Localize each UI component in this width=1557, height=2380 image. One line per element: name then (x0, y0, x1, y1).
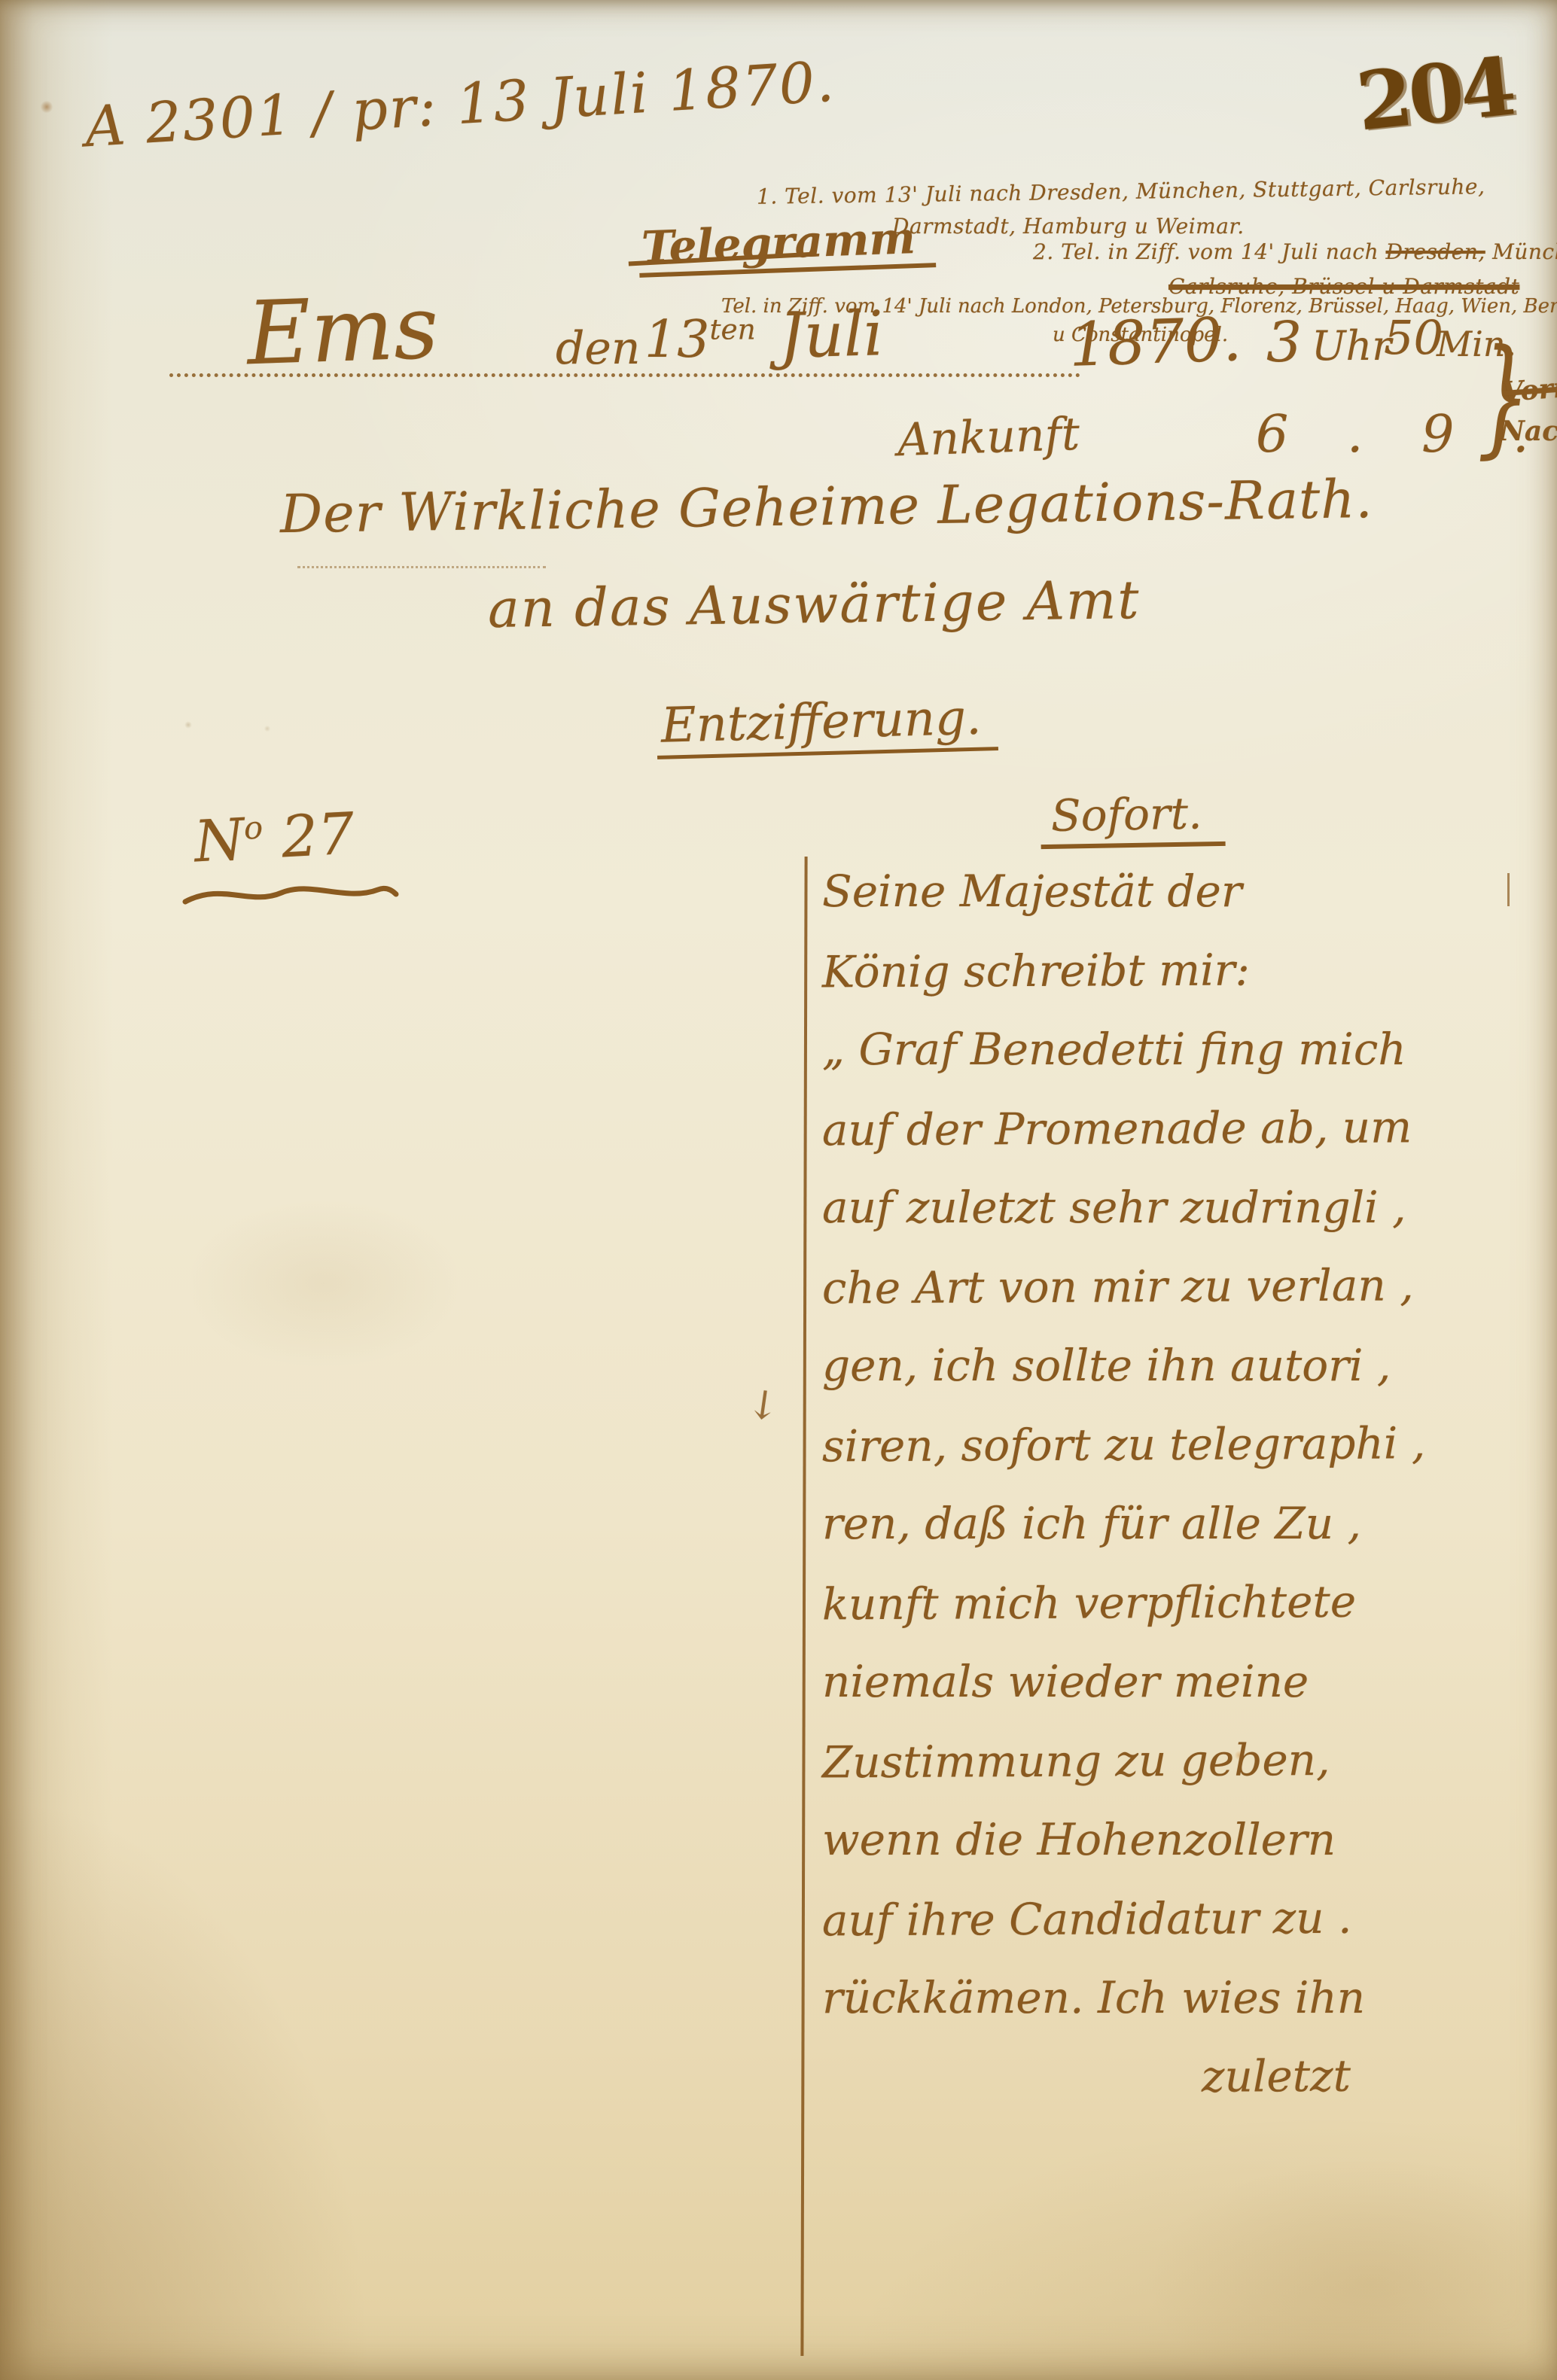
dispatch-number-value: 27 (280, 799, 356, 870)
body-line: niemals wieder meine (822, 1656, 1522, 1735)
dateline-uhr-label: Uhr (1312, 322, 1391, 370)
dateline-day-number: 13 (644, 310, 710, 370)
manuscript-page: A 2301 / pr: 13 Juli 1870. 204 1. Tel. v… (0, 0, 1557, 2380)
telegram-body: Seine Majestät der König schreibt mir: „… (822, 866, 1522, 2130)
dateline-day: 13ten (644, 310, 756, 370)
body-line: ren, daß ich für alle Zu , (822, 1498, 1522, 1577)
dispatch-number: No 27 (193, 799, 356, 875)
body-line: rückkämen. Ich wies ihn (822, 1972, 1522, 2051)
dateline-place: Ems (245, 277, 440, 385)
body-line: auf zuletzt sehr zudringli , (822, 1182, 1522, 1261)
vorm-label-struck: Vorm. (1501, 370, 1557, 408)
forwarding-note-1-line1: 1. Tel. vom 13' Juli nach Dresden, Münch… (757, 174, 1485, 209)
body-line: „ Graf Benedetti fing mich (822, 1024, 1522, 1103)
body-line: siren, sofort zu telegraphi , (822, 1417, 1523, 1500)
forwarding-note-1-line2: Darmstadt, Hamburg u Weimar. (892, 214, 1245, 239)
folio-number: 204 (1352, 39, 1516, 149)
margin-vertical-rule (800, 857, 807, 2356)
dateline-day-suffix: ten (710, 312, 756, 345)
body-line: Seine Majestät der (822, 866, 1522, 945)
registry-note: A 2301 / pr: 13 Juli 1870. (83, 50, 837, 160)
dispatch-number-flourish (181, 879, 399, 911)
decipher-heading: Entzifferung. (656, 689, 998, 759)
arrival-times: 6 . 9 . (1256, 405, 1550, 464)
body-line: kunft mich verpflichtete (822, 1575, 1523, 1658)
body-line: auf der Promenade ab, um (822, 1101, 1523, 1184)
telegram-heading-word: Telegramm (638, 212, 936, 278)
margin-down-arrow: ↓ (744, 1381, 783, 1430)
dateline-year: 1870. (1068, 304, 1242, 380)
sender-line2: an das Auswärtige Amt (487, 569, 1141, 640)
body-line: wenn die Hohenzollern (822, 1814, 1522, 1893)
body-line: auf ihre Candidatur zu . (822, 1892, 1523, 1974)
body-line: che Art von mir zu verlan , (822, 1259, 1523, 1342)
telegram-heading: Telegramm (638, 212, 936, 273)
forwarding-note-2-rest: München, Stuttgart, (1492, 239, 1557, 264)
forwarding-note-2-struck-city: Dresden, (1386, 239, 1485, 264)
arrival-label: Ankunft (897, 408, 1080, 467)
forwarding-note-2-line1: 2. Tel. in Ziff. vom 14' Juli nach Dresd… (1033, 239, 1557, 264)
dispatch-number-prefix: N (193, 805, 246, 875)
forwarding-note-2-prefix: 2. Tel. in Ziff. vom 14' Juli nach (1033, 239, 1379, 264)
dateline-minutes: 50 (1384, 310, 1443, 365)
urgency-heading: Sofort. (1040, 787, 1225, 849)
dispatch-number-sup: o (243, 808, 264, 846)
body-line: König schreibt mir: (822, 943, 1523, 1026)
body-line: gen, ich sollte ihn autori , (822, 1340, 1522, 1419)
body-line: zuletzt (822, 2050, 1523, 2132)
dateline-month: Juli (778, 298, 885, 373)
sender-line1: Der Wirkliche Geheime Legations-Rath. (279, 468, 1373, 545)
dateline-hour: 3 (1266, 310, 1302, 375)
body-line: Zustimmung zu geben, (822, 1733, 1523, 1816)
dateline-den: den (556, 322, 641, 375)
